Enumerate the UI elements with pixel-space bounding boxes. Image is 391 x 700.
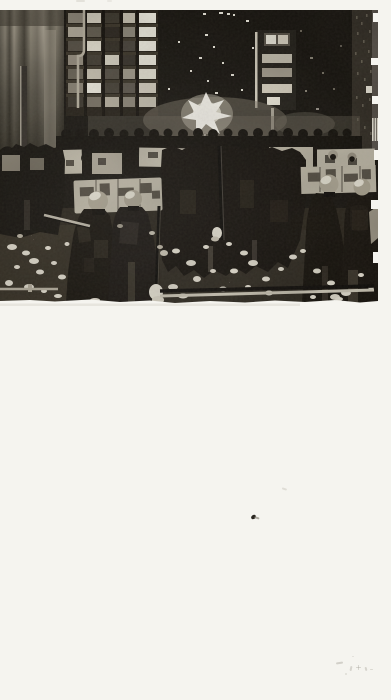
pencil-stroke: [370, 669, 373, 670]
pencil-stroke: [336, 662, 343, 665]
top-margin-smudge: [107, 0, 112, 2]
pencil-marks: [330, 653, 388, 681]
margin-dusting: [379, 12, 390, 162]
pencil-stroke: [352, 656, 354, 657]
riot-photograph: [0, 0, 391, 312]
photocopy-grain: [0, 10, 378, 303]
ink-speck: [250, 514, 256, 519]
faint-smudge: [282, 487, 287, 490]
top-margin-smudge: [76, 0, 85, 2]
photocopied-page: [0, 0, 391, 700]
pencil-stroke: [365, 667, 367, 671]
ink-speck-tail: [254, 516, 259, 519]
pencil-dot: [345, 673, 347, 675]
pencil-stroke: [349, 666, 352, 671]
